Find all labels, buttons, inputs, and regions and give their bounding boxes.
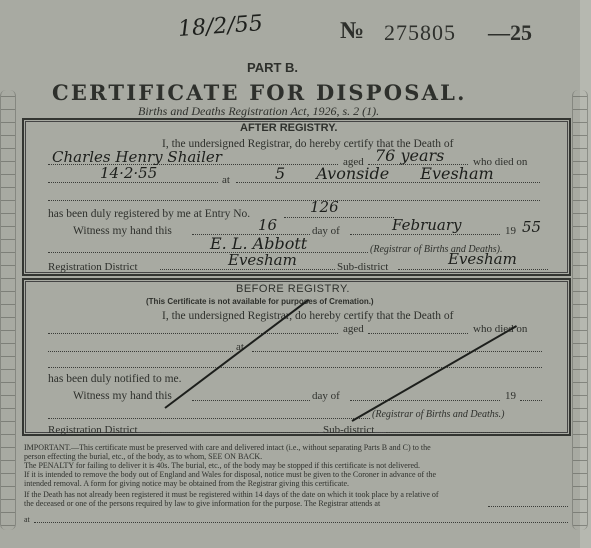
right-border-ornament	[572, 90, 588, 530]
footer-line: the deceased or one of the persons requi…	[24, 499, 380, 508]
before-district-label: Registration District	[48, 424, 138, 436]
before-registrar-label: (Registrar of Births and Deaths.)	[372, 409, 505, 420]
entry-number: 126	[310, 198, 339, 216]
footer-line: If it is intended to remove the body out…	[24, 470, 436, 479]
before-year-prefix: 19	[505, 390, 516, 402]
footer-line: The PENALTY for failing to deliver it is…	[24, 461, 420, 470]
serial-suffix: —25	[488, 20, 532, 46]
date-of-death: 14·2·55	[100, 164, 157, 182]
cremation-note: (This Certificate is not available for p…	[146, 297, 374, 306]
number-symbol: №	[340, 18, 364, 45]
before-day-of-label: day of	[312, 390, 340, 402]
notified-label: has been duly notified to me.	[48, 373, 182, 385]
before-intro: I, the undersigned Registrar, do hereby …	[162, 310, 453, 322]
entry-label: has been duly registered by me at Entry …	[48, 208, 250, 220]
document-title: CERTIFICATE FOR DISPOSAL.	[52, 80, 467, 105]
witness-day: 16	[258, 216, 277, 234]
footer-line: intended removal. A form for giving noti…	[24, 479, 349, 488]
part-label: PART B.	[247, 60, 298, 75]
footer-line: If the Death has not already been regist…	[24, 490, 439, 499]
deceased-age: 76 years	[375, 146, 444, 165]
district-label: Registration District	[48, 261, 138, 273]
footer-line: IMPORTANT.—This certificate must be pres…	[24, 443, 431, 452]
subdistrict: Evesham	[448, 250, 517, 268]
act-reference: Births and Deaths Registration Act, 1926…	[138, 104, 379, 119]
at-label: at	[222, 174, 230, 186]
before-subdistrict-label: Sub-district	[323, 424, 374, 436]
year-prefix: 19	[505, 225, 516, 237]
before-aged-label: aged	[343, 323, 364, 335]
registration-district: Evesham	[228, 251, 297, 269]
before-heading: BEFORE REGISTRY.	[236, 283, 350, 295]
witness-month: February	[392, 216, 462, 234]
footer-line: person effecting the burial, etc., of th…	[24, 452, 262, 461]
witness-label: Witness my hand this	[73, 225, 172, 237]
witness-year: 55	[522, 218, 541, 236]
left-border-ornament	[0, 90, 16, 530]
before-witness-label: Witness my hand this	[73, 390, 172, 402]
place-of-death: 5 Avonside Evesham	[275, 164, 494, 183]
footer-at-label: at	[24, 515, 30, 524]
subdistrict-label: Sub-district	[337, 261, 388, 273]
day-of-label: day of	[312, 225, 340, 237]
serial-number: 275805	[384, 20, 456, 46]
after-heading: AFTER REGISTRY.	[240, 122, 337, 134]
